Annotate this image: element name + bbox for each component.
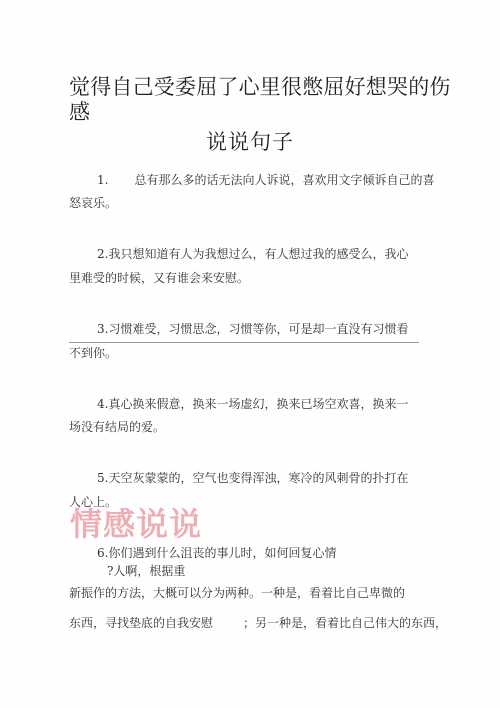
list-item-text: 习惯难受，习惯思念，习惯等你，可是却一直没有习惯看 (108, 322, 408, 336)
document-page: 觉得自己受委屈了心里很憋屈好想哭的伤 感 说说句子 1.总有那么多的话无法向人诉… (0, 0, 500, 708)
list-item-text: 你们遇到什么沮丧的事儿时，如何回复心情 (108, 546, 336, 560)
list-item-5-line-1: 5.天空灰蒙蒙的，空气也变得浑浊，寒冷的风刺骨的扑打在 (97, 470, 408, 486)
horizontal-divider (69, 342, 419, 343)
document-title: 觉得自己受委屈了心里很憋屈好想哭的伤 (69, 75, 451, 99)
list-item-3-line-2: 不到你。 (69, 345, 117, 361)
list-item-4-line-1: 4.真心换来假意，换来一场虚幻，换来已场空欢喜，换来一 (97, 396, 408, 412)
list-item-number: 3. (97, 322, 108, 336)
list-item-4-line-2: 场没有结局的爱。 (69, 419, 165, 435)
document-title-continued: 感 (69, 100, 90, 124)
list-item-number: 6. (97, 546, 108, 560)
list-item-6-line-1: 6.你们遇到什么沮丧的事儿时，如何回复心情 (97, 545, 336, 561)
list-item-text: 我只想知道有人为我想过么，有人想过我的感受么，我心 (108, 247, 408, 261)
list-item-number: 4. (97, 397, 108, 411)
document-subtitle: 说说句子 (0, 129, 500, 155)
list-item-2-line-1: 2.我只想知道有人为我想过么，有人想过我的感受么，我心 (97, 246, 408, 262)
list-item-number: 5. (97, 471, 108, 485)
list-item-1-line-1: 1.总有那么多的话无法向人诉说，喜欢用文字倾诉自己的喜 (97, 172, 434, 188)
list-item-text: ；另一种是，看着比自己伟大的东西， (243, 616, 447, 630)
list-item-number: 1. (97, 173, 108, 187)
list-item-number: 2. (97, 247, 108, 261)
list-item-2-line-2: 里难受的时候，又有谁会来安慰。 (69, 270, 249, 286)
list-item-3-line-1: 3.习惯难受，习惯思念，习惯等你，可是却一直没有习惯看 (97, 321, 408, 337)
list-item-6-line-3: 新振作的方法，大概可以分为两种。一种是，看着比自己卑微的 (69, 585, 405, 601)
list-item-1-line-2: 怒哀乐。 (69, 195, 117, 211)
watermark-text: 情感说说 (70, 506, 202, 542)
list-item-text: 总有那么多的话无法向人诉说，喜欢用文字倾诉自己的喜 (134, 173, 434, 187)
list-item-6-line-4: 东西，寻找垫底的自我安慰；另一种是，看着比自己伟大的东西， (69, 615, 447, 631)
list-item-text: 天空灰蒙蒙的，空气也变得浑浊，寒冷的风刺骨的扑打在 (108, 471, 408, 485)
list-item-text: 真心换来假意，换来一场虚幻，换来已场空欢喜，换来一 (108, 397, 408, 411)
list-item-6-line-2: ?人啊，根据重 (107, 563, 185, 579)
list-item-text: 东西，寻找垫底的自我安慰 (69, 616, 213, 630)
